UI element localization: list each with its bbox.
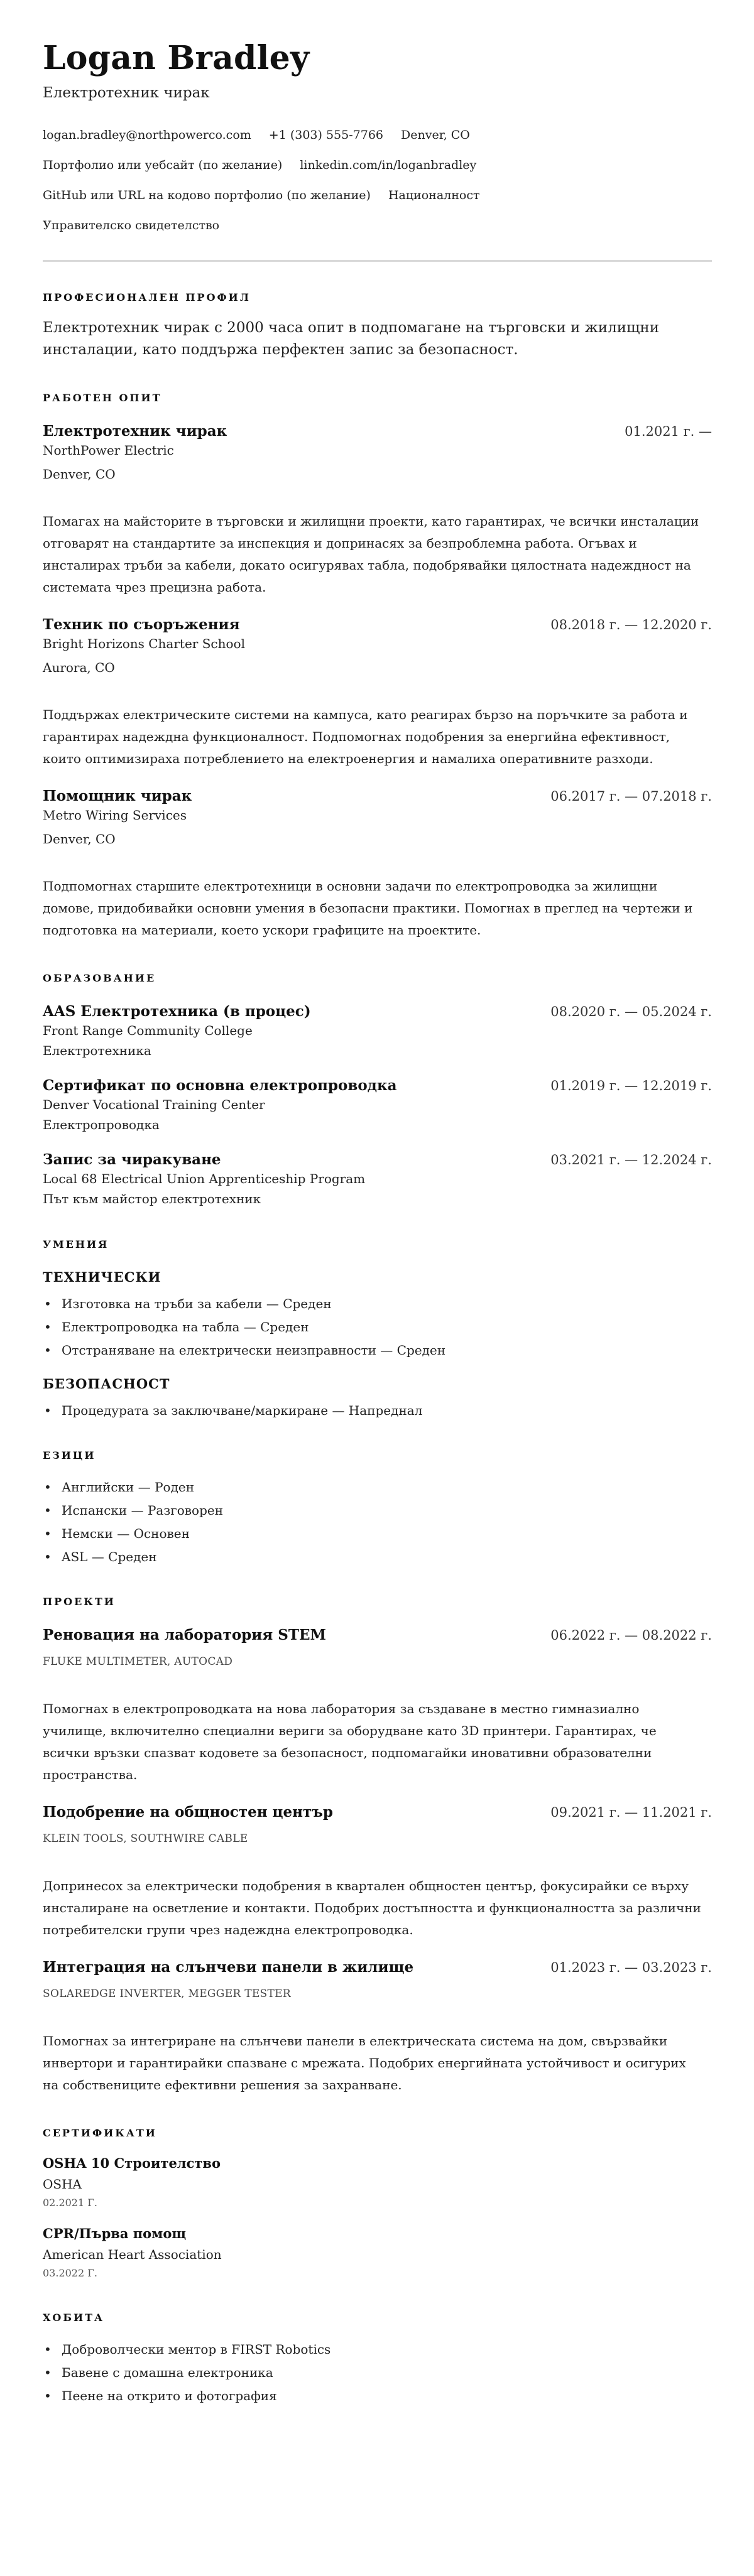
skill-item: Електропроводка на табла — Среден bbox=[43, 1319, 712, 1335]
education-entry: AAS Електротехника (в процес)08.2020 г. … bbox=[43, 1002, 712, 1059]
projects-section: Проекти Реновация на лаборатория STEM06.… bbox=[43, 1595, 712, 2096]
field-of-study: Електротехника bbox=[43, 1042, 712, 1059]
certification-issuer: American Heart Association bbox=[43, 2246, 712, 2263]
section-title-hobbies: Хобита bbox=[43, 2311, 712, 2325]
job-title: Техник по съоръжения bbox=[43, 615, 240, 635]
certification-title: OSHA 10 Строителство bbox=[43, 2154, 712, 2173]
job-location: Aurora, CO bbox=[43, 659, 712, 676]
entry-header: Електротехник чирак01.2021 г. — bbox=[43, 421, 712, 441]
entry-header: Помощник чирак06.2017 г. — 07.2018 г. bbox=[43, 786, 712, 806]
project-description: Помогнах за интегриране на слънчеви пане… bbox=[43, 2030, 712, 2096]
hobby-item: Бавене с домашна електроника bbox=[43, 2364, 712, 2381]
entry-header: Сертификат по основна електропроводка01.… bbox=[43, 1076, 712, 1096]
job-dates: 01.2021 г. — bbox=[625, 422, 712, 441]
language-item: Английски — Роден bbox=[43, 1479, 712, 1495]
company-name: Bright Horizons Charter School bbox=[43, 635, 712, 652]
hobby-item: Доброволчески ментор в FIRST Robotics bbox=[43, 2341, 712, 2357]
education-entry: Запис за чиракуване03.2021 г. — 12.2024 … bbox=[43, 1150, 712, 1208]
contact-item: +1 (303) 555-7766 bbox=[269, 128, 383, 142]
certification-title: CPR/Първа помощ bbox=[43, 2224, 712, 2243]
skill-list: Изготовка на тръби за кабели — СреденЕле… bbox=[43, 1296, 712, 1358]
education-list: AAS Електротехника (в процес)08.2020 г. … bbox=[43, 1002, 712, 1208]
experience-entry: Помощник чирак06.2017 г. — 07.2018 г.Met… bbox=[43, 786, 712, 941]
language-item: Немски — Основен bbox=[43, 1525, 712, 1542]
experience-entry: Техник по съоръжения08.2018 г. — 12.2020… bbox=[43, 615, 712, 770]
skills-list: ТехническиИзготовка на тръби за кабели —… bbox=[43, 1268, 712, 1419]
project-title: Подобрение на общностен център bbox=[43, 1802, 333, 1822]
certification-issuer: OSHA bbox=[43, 2175, 712, 2193]
languages-section: Езици Английски — РоденИспански — Разгов… bbox=[43, 1449, 712, 1565]
entry-header: Техник по съоръжения08.2018 г. — 12.2020… bbox=[43, 615, 712, 635]
job-dates: 08.2018 г. — 12.2020 г. bbox=[550, 615, 712, 634]
project-entry: Реновация на лаборатория STEM06.2022 г. … bbox=[43, 1625, 712, 1786]
company-name: Metro Wiring Services bbox=[43, 806, 712, 824]
degree-title: Сертификат по основна електропроводка bbox=[43, 1076, 397, 1096]
project-title: Реновация на лаборатория STEM bbox=[43, 1625, 326, 1645]
certification-entry: CPR/Първа помощAmerican Heart Associatio… bbox=[43, 2224, 712, 2281]
education-section: Образование AAS Електротехника (в процес… bbox=[43, 971, 712, 1208]
candidate-title: Електротехник чирак bbox=[43, 83, 712, 103]
job-title: Електротехник чирак bbox=[43, 421, 227, 441]
contact-row: Управителско свидетелство bbox=[43, 217, 712, 234]
entry-header: Подобрение на общностен център09.2021 г.… bbox=[43, 1802, 712, 1822]
project-title: Интеграция на слънчеви панели в жилище bbox=[43, 1957, 413, 1978]
section-title-education: Образование bbox=[43, 971, 712, 985]
skill-group-title: Технически bbox=[43, 1268, 712, 1287]
entry-header: Интеграция на слънчеви панели в жилище01… bbox=[43, 1957, 712, 1978]
certification-entry: OSHA 10 СтроителствоOSHA02.2021 г. bbox=[43, 2154, 712, 2211]
entry-header: Запис за чиракуване03.2021 г. — 12.2024 … bbox=[43, 1150, 712, 1170]
contact-item: Портфолио или уебсайт (по желание) bbox=[43, 158, 282, 172]
job-title: Помощник чирак bbox=[43, 786, 192, 806]
contact-item: Националност bbox=[388, 188, 480, 202]
skill-item: Процедурата за заключване/маркиране — На… bbox=[43, 1402, 712, 1419]
contact-row: Портфолио или уебсайт (по желание)linked… bbox=[43, 157, 712, 173]
job-dates: 06.2017 г. — 07.2018 г. bbox=[550, 787, 712, 806]
contact-item: Управителско свидетелство bbox=[43, 219, 219, 232]
contact-item: logan.bradley@northpowerco.com bbox=[43, 128, 251, 142]
education-entry: Сертификат по основна електропроводка01.… bbox=[43, 1076, 712, 1134]
section-title-experience: Работен опит bbox=[43, 391, 712, 405]
section-title-languages: Езици bbox=[43, 1449, 712, 1463]
skill-item: Отстраняване на електрически неизправнос… bbox=[43, 1342, 712, 1358]
languages-list: Английски — РоденИспански — РазговоренНе… bbox=[43, 1479, 712, 1565]
contact-item: GitHub или URL на кодово портфолио (по ж… bbox=[43, 188, 371, 202]
field-of-study: Електропроводка bbox=[43, 1116, 712, 1134]
degree-title: Запис за чиракуване bbox=[43, 1150, 221, 1170]
header-divider bbox=[43, 260, 712, 262]
project-dates: 09.2021 г. — 11.2021 г. bbox=[550, 1803, 712, 1822]
contact-row: logan.bradley@northpowerco.com+1 (303) 5… bbox=[43, 127, 712, 143]
projects-list: Реновация на лаборатория STEM06.2022 г. … bbox=[43, 1625, 712, 2096]
experience-section: Работен опит Електротехник чирак01.2021 … bbox=[43, 391, 712, 941]
experience-entry: Електротехник чирак01.2021 г. —NorthPowe… bbox=[43, 421, 712, 598]
certifications-section: Сертификати OSHA 10 СтроителствоOSHA02.2… bbox=[43, 2126, 712, 2281]
hobbies-list: Доброволчески ментор в FIRST RoboticsБав… bbox=[43, 2341, 712, 2404]
project-dates: 06.2022 г. — 08.2022 г. bbox=[550, 1626, 712, 1645]
institution-name: Denver Vocational Training Center bbox=[43, 1096, 712, 1113]
skill-item: Изготовка на тръби за кабели — Среден bbox=[43, 1296, 712, 1312]
section-title-certifications: Сертификати bbox=[43, 2126, 712, 2140]
certification-date: 02.2021 г. bbox=[43, 2195, 712, 2211]
job-location: Denver, CO bbox=[43, 830, 712, 848]
section-title-skills: Умения bbox=[43, 1238, 712, 1252]
skills-section: Умения ТехническиИзготовка на тръби за к… bbox=[43, 1238, 712, 1419]
job-description: Поддържах електрическите системи на камп… bbox=[43, 704, 712, 770]
job-description: Подпомогнах старшите електротехници в ос… bbox=[43, 875, 712, 941]
language-item: Испански — Разговорен bbox=[43, 1502, 712, 1518]
education-dates: 03.2021 г. — 12.2024 г. bbox=[550, 1150, 712, 1169]
project-dates: 01.2023 г. — 03.2023 г. bbox=[550, 1958, 712, 1977]
profile-section: Професионален профил Електротехник чирак… bbox=[43, 291, 712, 361]
field-of-study: Път към майстор електротехник bbox=[43, 1190, 712, 1208]
certifications-list: OSHA 10 СтроителствоOSHA02.2021 г.CPR/Пъ… bbox=[43, 2154, 712, 2281]
education-dates: 08.2020 г. — 05.2024 г. bbox=[550, 1002, 712, 1021]
language-item: ASL — Среден bbox=[43, 1549, 712, 1565]
contact-info: logan.bradley@northpowerco.com+1 (303) 5… bbox=[43, 127, 712, 234]
project-tools: SolarEdge Inverter, Megger Tester bbox=[43, 1986, 712, 2001]
project-tools: Klein Tools, Southwire Cable bbox=[43, 1831, 712, 1846]
project-entry: Интеграция на слънчеви панели в жилище01… bbox=[43, 1957, 712, 2096]
certification-date: 03.2022 г. bbox=[43, 2266, 712, 2281]
candidate-name: Logan Bradley bbox=[43, 36, 712, 80]
job-location: Denver, CO bbox=[43, 465, 712, 483]
skill-list: Процедурата за заключване/маркиране — На… bbox=[43, 1402, 712, 1419]
project-description: Допринесох за електрически подобрения в … bbox=[43, 1875, 712, 1941]
company-name: NorthPower Electric bbox=[43, 441, 712, 459]
contact-item: Denver, CO bbox=[401, 128, 470, 142]
profile-summary: Електротехник чирак с 2000 часа опит в п… bbox=[43, 317, 712, 361]
entry-header: Реновация на лаборатория STEM06.2022 г. … bbox=[43, 1625, 712, 1645]
project-description: Помогнах в електропроводката на нова лаб… bbox=[43, 1698, 712, 1786]
degree-title: AAS Електротехника (в процес) bbox=[43, 1002, 311, 1022]
section-title-projects: Проекти bbox=[43, 1595, 712, 1609]
institution-name: Front Range Community College bbox=[43, 1022, 712, 1039]
entry-header: AAS Електротехника (в процес)08.2020 г. … bbox=[43, 1002, 712, 1022]
job-description: Помагах на майсторите в търговски и жили… bbox=[43, 511, 712, 598]
resume-page: Logan Bradley Електротехник чирак logan.… bbox=[0, 0, 754, 2436]
project-entry: Подобрение на общностен център09.2021 г.… bbox=[43, 1802, 712, 1941]
resume-header: Logan Bradley Електротехник чирак logan.… bbox=[43, 36, 712, 234]
institution-name: Local 68 Electrical Union Apprenticeship… bbox=[43, 1170, 712, 1188]
education-dates: 01.2019 г. — 12.2019 г. bbox=[550, 1076, 712, 1095]
experience-list: Електротехник чирак01.2021 г. —NorthPowe… bbox=[43, 421, 712, 941]
section-title-profile: Професионален профил bbox=[43, 291, 712, 305]
project-tools: Fluke Multimeter, AutoCAD bbox=[43, 1654, 712, 1669]
contact-row: GitHub или URL на кодово портфолио (по ж… bbox=[43, 187, 712, 203]
hobbies-section: Хобита Доброволчески ментор в FIRST Robo… bbox=[43, 2311, 712, 2404]
skill-group-title: Безопасност bbox=[43, 1375, 712, 1394]
contact-item: linkedin.com/in/loganbradley bbox=[300, 158, 476, 172]
hobby-item: Пеене на открито и фотография bbox=[43, 2388, 712, 2404]
